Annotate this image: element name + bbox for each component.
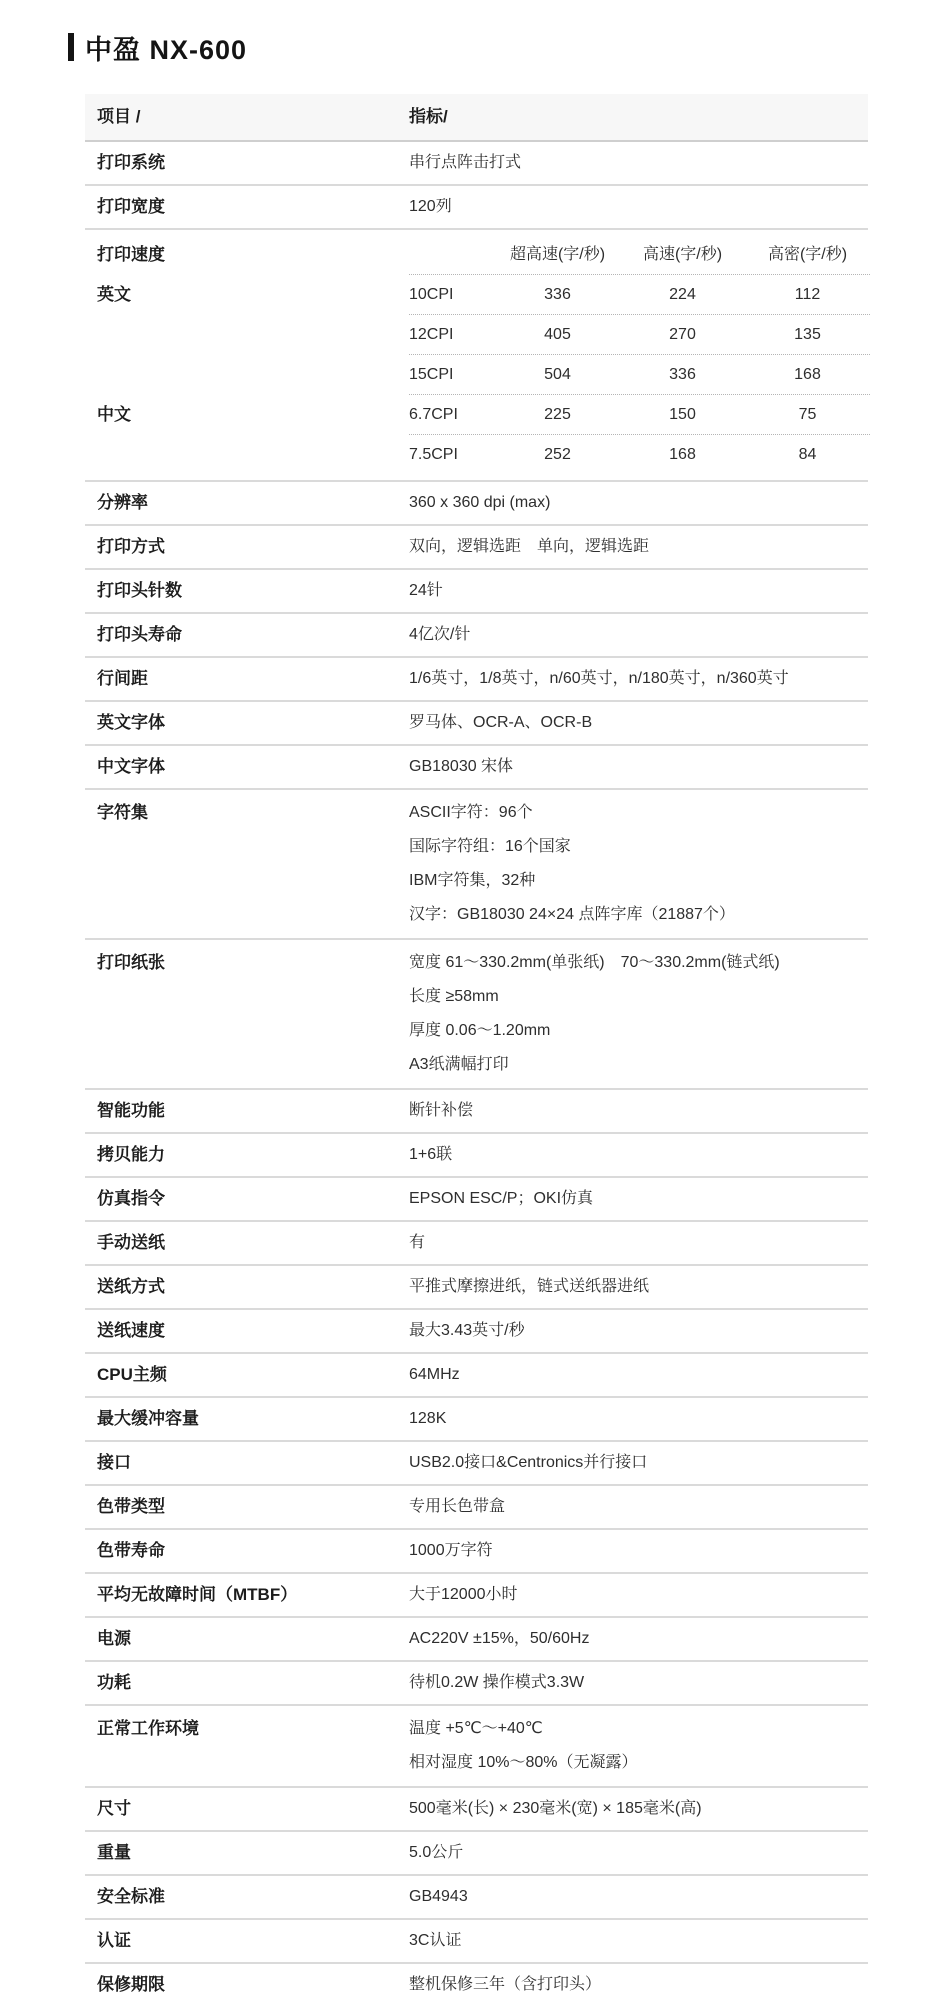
row-value: 1000万字符 (409, 1530, 868, 1572)
speed-value: 150 (620, 404, 745, 426)
table-row-smart: 智能功能 断针补偿 (85, 1090, 868, 1134)
row-value: 5.0公斤 (409, 1832, 868, 1874)
row-label: 打印宽度 (85, 186, 409, 228)
table-row-print-mode: 打印方式 双向，逻辑选距 单向，逻辑选距 (85, 526, 868, 570)
row-value-line: 宽度 61～330.2mm(单张纸) 70～330.2mm(链式纸) (409, 946, 858, 980)
speed-value: 168 (620, 444, 745, 466)
speed-header-line: 超高速(字/秒) 高速(字/秒) 高密(字/秒) (409, 235, 870, 275)
row-label: 正常工作环境 (85, 1706, 409, 1786)
speed-value: 405 (495, 324, 620, 346)
table-row-print-speed: 打印速度 英文 中文 超高速(字/秒) 高速(字/秒) 高密(字/秒) 10CP… (85, 230, 868, 482)
row-value-lines: ASCII字符：96个 国际字符组：16个国家 IBM字符集，32种 汉字：GB… (409, 790, 868, 938)
row-label: 重量 (85, 1832, 409, 1874)
row-value-lines: 宽度 61～330.2mm(单张纸) 70～330.2mm(链式纸) 长度 ≥5… (409, 940, 868, 1088)
page-header: 中盈 NX-600 (0, 0, 950, 68)
header-spec-column: 指标/ (409, 94, 868, 140)
row-value-line: 厚度 0.06～1.20mm (409, 1014, 858, 1048)
speed-value: 84 (745, 444, 870, 466)
speed-cpi: 6.7CPI (409, 404, 495, 426)
table-row-ribbon-type: 色带类型 专用长色带盒 (85, 1486, 868, 1530)
row-label: 打印头针数 (85, 570, 409, 612)
row-label: 认证 (85, 1920, 409, 1962)
row-value: 360 x 360 dpi (max) (409, 482, 868, 524)
row-label: 手动送纸 (85, 1222, 409, 1264)
row-value: 待机0.2W 操作模式3.3W (409, 1662, 868, 1704)
speed-group-label-chinese: 中文 (97, 395, 401, 435)
row-value: 罗马体、OCR-A、OCR-B (409, 702, 868, 744)
title-accent-bar-icon (68, 33, 74, 61)
row-label: 仿真指令 (85, 1178, 409, 1220)
row-label: 打印纸张 (85, 940, 409, 1088)
row-value: 平推式摩擦进纸，链式送纸器进纸 (409, 1266, 868, 1308)
row-label: 电源 (85, 1618, 409, 1660)
speed-col-header: 高速(字/秒) (620, 244, 745, 266)
speed-cpi: 10CPI (409, 284, 495, 306)
row-value: 双向，逻辑选距 单向，逻辑选距 (409, 526, 868, 568)
row-label: 行间距 (85, 658, 409, 700)
speed-col-header: 超高速(字/秒) (495, 244, 620, 266)
row-value-line: 温度 +5℃～+40℃ (409, 1712, 858, 1746)
table-row-cpu: CPU主频 64MHz (85, 1354, 868, 1398)
header-item-column: 项目 / (85, 94, 409, 140)
table-row-resolution: 分辨率 360 x 360 dpi (max) (85, 482, 868, 526)
speed-value: 135 (745, 324, 870, 346)
table-row-buffer: 最大缓冲容量 128K (85, 1398, 868, 1442)
table-row-power: 电源 AC220V ±15%，50/60Hz (85, 1618, 868, 1662)
table-row-mtbf: 平均无故障时间（MTBF） 大于12000小时 (85, 1574, 868, 1618)
speed-value: 252 (495, 444, 620, 466)
table-row-dimensions: 尺寸 500毫米(长) × 230毫米(宽) × 185毫米(高) (85, 1788, 868, 1832)
row-value: 断针补偿 (409, 1090, 868, 1132)
row-value: 整机保修三年（含打印头） (409, 1964, 868, 2000)
speed-value: 336 (495, 284, 620, 306)
table-row-ribbon-life: 色带寿命 1000万字符 (85, 1530, 868, 1574)
row-label: 分辨率 (85, 482, 409, 524)
table-row-interface: 接口 USB2.0接口&Centronics并行接口 (85, 1442, 868, 1486)
table-row-en-font: 英文字体 罗马体、OCR-A、OCR-B (85, 702, 868, 746)
row-value-line: 长度 ≥58mm (409, 980, 858, 1014)
speed-value: 75 (745, 404, 870, 426)
table-row-feed-mode: 送纸方式 平推式摩擦进纸，链式送纸器进纸 (85, 1266, 868, 1310)
row-value: 64MHz (409, 1354, 868, 1396)
table-row-copies: 拷贝能力 1+6联 (85, 1134, 868, 1178)
row-label: 安全标准 (85, 1876, 409, 1918)
table-row-charset: 字符集 ASCII字符：96个 国际字符组：16个国家 IBM字符集，32种 汉… (85, 790, 868, 940)
speed-cpi: 15CPI (409, 364, 495, 386)
row-value: 有 (409, 1222, 868, 1264)
row-value-lines: 温度 +5℃～+40℃ 相对湿度 10%～80%（无凝露） (409, 1706, 868, 1786)
row-label: 字符集 (85, 790, 409, 938)
row-label: 智能功能 (85, 1090, 409, 1132)
row-value: EPSON ESC/P；OKI仿真 (409, 1178, 868, 1220)
table-row-safety: 安全标准 GB4943 (85, 1876, 868, 1920)
speed-group-label-english: 英文 (97, 275, 401, 315)
table-row-line-spacing: 行间距 1/6英寸，1/8英寸，n/60英寸，n/180英寸，n/360英寸 (85, 658, 868, 702)
row-label: 平均无故障时间（MTBF） (85, 1574, 409, 1616)
table-row-print-system: 打印系统 串行点阵击打式 (85, 142, 868, 186)
row-label: 打印速度 (97, 235, 401, 275)
row-label: 打印系统 (85, 142, 409, 184)
row-value: GB4943 (409, 1876, 868, 1918)
row-value: 128K (409, 1398, 868, 1440)
row-label: 色带寿命 (85, 1530, 409, 1572)
table-row-paper: 打印纸张 宽度 61～330.2mm(单张纸) 70～330.2mm(链式纸) … (85, 940, 868, 1090)
table-row-head-life: 打印头寿命 4亿次/针 (85, 614, 868, 658)
row-value-line: IBM字符集，32种 (409, 864, 858, 898)
row-label: 打印头寿命 (85, 614, 409, 656)
speed-cpi: 12CPI (409, 324, 495, 346)
table-row-emulation: 仿真指令 EPSON ESC/P；OKI仿真 (85, 1178, 868, 1222)
row-value-line: 国际字符组：16个国家 (409, 830, 858, 864)
row-value: 大于12000小时 (409, 1574, 868, 1616)
table-row-manual-feed: 手动送纸 有 (85, 1222, 868, 1266)
row-label: CPU主频 (85, 1354, 409, 1396)
row-label: 功耗 (85, 1662, 409, 1704)
table-header-row: 项目 / 指标/ (85, 94, 868, 142)
table-row-consumption: 功耗 待机0.2W 操作模式3.3W (85, 1662, 868, 1706)
table-row-feed-speed: 送纸速度 最大3.43英寸/秒 (85, 1310, 868, 1354)
row-value: 3C认证 (409, 1920, 868, 1962)
row-value: 专用长色带盒 (409, 1486, 868, 1528)
speed-col-header: 高密(字/秒) (745, 244, 870, 266)
speed-value: 504 (495, 364, 620, 386)
table-row-pins: 打印头针数 24针 (85, 570, 868, 614)
row-value-line: ASCII字符：96个 (409, 796, 858, 830)
row-value: 串行点阵击打式 (409, 142, 868, 184)
row-value-line: 汉字：GB18030 24×24 点阵字库（21887个） (409, 898, 858, 932)
row-label: 送纸方式 (85, 1266, 409, 1308)
table-row-weight: 重量 5.0公斤 (85, 1832, 868, 1876)
speed-cpi: 7.5CPI (409, 444, 495, 466)
row-value: 最大3.43英寸/秒 (409, 1310, 868, 1352)
table-row-certification: 认证 3C认证 (85, 1920, 868, 1964)
row-value: 1/6英寸，1/8英寸，n/60英寸，n/180英寸，n/360英寸 (409, 658, 868, 700)
speed-value: 112 (745, 284, 870, 306)
row-value: USB2.0接口&Centronics并行接口 (409, 1442, 868, 1484)
row-label: 拷贝能力 (85, 1134, 409, 1176)
speed-value: 168 (745, 364, 870, 386)
speed-value: 224 (620, 284, 745, 306)
table-row-zh-font: 中文字体 GB18030 宋体 (85, 746, 868, 790)
spec-table: 项目 / 指标/ 打印系统 串行点阵击打式 打印宽度 120列 打印速度 英文 … (85, 94, 868, 2000)
speed-value: 336 (620, 364, 745, 386)
row-label: 色带类型 (85, 1486, 409, 1528)
row-label: 送纸速度 (85, 1310, 409, 1352)
row-value-line: A3纸满幅打印 (409, 1048, 858, 1082)
speed-data-row: 10CPI 336 224 112 (409, 275, 870, 315)
row-value: 4亿次/针 (409, 614, 868, 656)
row-label: 保修期限 (85, 1964, 409, 2000)
row-value: 24针 (409, 570, 868, 612)
row-label: 中文字体 (85, 746, 409, 788)
row-value: 120列 (409, 186, 868, 228)
table-row-print-width: 打印宽度 120列 (85, 186, 868, 230)
speed-data-row: 7.5CPI 252 168 84 (409, 435, 870, 475)
row-value: 500毫米(长) × 230毫米(宽) × 185毫米(高) (409, 1788, 868, 1830)
row-label: 接口 (85, 1442, 409, 1484)
table-row-environment: 正常工作环境 温度 +5℃～+40℃ 相对湿度 10%～80%（无凝露） (85, 1706, 868, 1788)
row-label: 打印方式 (85, 526, 409, 568)
table-row-warranty: 保修期限 整机保修三年（含打印头） (85, 1964, 868, 2000)
row-value: AC220V ±15%，50/60Hz (409, 1618, 868, 1660)
row-value: GB18030 宋体 (409, 746, 868, 788)
speed-data-row: 6.7CPI 225 150 75 (409, 395, 870, 435)
speed-value: 270 (620, 324, 745, 346)
speed-data-row: 15CPI 504 336 168 (409, 355, 870, 395)
speed-label-column: 打印速度 英文 中文 (85, 230, 409, 480)
speed-value: 225 (495, 404, 620, 426)
row-label: 尺寸 (85, 1788, 409, 1830)
speed-data-row: 12CPI 405 270 135 (409, 315, 870, 355)
page-title: 中盈 NX-600 (85, 28, 247, 67)
row-value: 1+6联 (409, 1134, 868, 1176)
speed-sub-table: 超高速(字/秒) 高速(字/秒) 高密(字/秒) 10CPI 336 224 1… (409, 230, 880, 480)
row-label: 最大缓冲容量 (85, 1398, 409, 1440)
row-value-line: 相对湿度 10%～80%（无凝露） (409, 1746, 858, 1780)
row-label: 英文字体 (85, 702, 409, 744)
